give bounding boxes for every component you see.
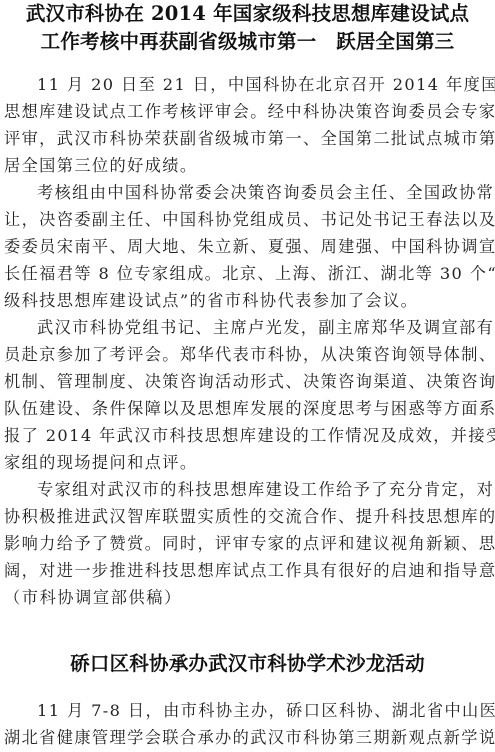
article-title-line-1: 武汉市科协在 2014 年国家级科技思想库建设试点 (0, 0, 495, 28)
body-line: 11 月 20 日至 21 日，中国科协在北京召开 2014 年度国家级科技 (4, 71, 492, 98)
second-article-title-text: 硚口区科协承办武汉市科协学术沙龙活动 (0, 650, 495, 678)
document-page: 武汉市科协在 2014 年国家级科技思想库建设试点 工作考核中再获副省级城市第一… (0, 0, 495, 752)
body-line: 武汉市科协党组书记、主席卢光发，副主席郑华及调宣部有关人 (4, 314, 492, 341)
body-line: 协积极推进武汉智库联盟实质性的交流合作、提升科技思想库的社会 (4, 503, 492, 530)
second-article-title: 硚口区科协承办武汉市科协学术沙龙活动 (0, 650, 495, 678)
body-line: 专家组对武汉市的科技思想库建设工作给予了充分肯定，对市科 (4, 476, 492, 503)
article-title-line-2: 工作考核中再获副省级城市第一 跃居全国第三 (0, 28, 495, 56)
body-line: 机制、管理制度、决策咨询活动形式、决策咨询渠道、决策咨询人才 (4, 368, 492, 395)
body-line: 湖北省健康管理学会联合承办的武汉市科协第三期新观点新学说学 (4, 724, 492, 751)
body-line: 级科技思想库建设试点”的省市科协代表参加了会议。 (4, 287, 492, 314)
body-line: 11 月 7-8 日，由市科协主办，硚口区科协、湖北省中山医院、 (4, 697, 492, 724)
article-credit: （市科协调宣部供稿） (4, 584, 492, 611)
article-body: 11 月 20 日至 21 日，中国科协在北京召开 2014 年度国家级科技 思… (4, 71, 492, 611)
body-line: 考核组由中国科协常委会决策咨询委员会主任、全国政协常委齐 (4, 179, 492, 206)
article-title: 武汉市科协在 2014 年国家级科技思想库建设试点 工作考核中再获副省级城市第一… (0, 0, 495, 56)
body-line: 员赴京参加了考评会。郑华代表市科协，从决策咨询领导体制、工作 (4, 341, 492, 368)
body-line: 阔，对进一步推进科技思想库试点工作具有很好的启迪和指导意义。 (4, 557, 492, 584)
body-line: 委委员宋南平、周大地、朱立新、夏强、周建强、中国科协调宣部部 (4, 233, 492, 260)
body-line: 居全国第三位的好成绩。 (4, 152, 492, 179)
second-article-body: 11 月 7-8 日，由市科协主办，硚口区科协、湖北省中山医院、 湖北省健康管理… (4, 697, 492, 751)
body-line: 队伍建设、条件保障以及思想库发展的深度思考与困惑等方面系统汇 (4, 395, 492, 422)
body-line: 长任福君等 8 位专家组成。北京、上海、浙江、湖北等 30 个“国家 (4, 260, 492, 287)
body-line: 影响力给予了赞赏。同时，评审专家的点评和建议视角新颖、思路开 (4, 530, 492, 557)
body-line: 家组的现场提问和点评。 (4, 449, 492, 476)
body-line: 让，决咨委副主任、中国科协党组成员、书记处书记王春法以及决咨 (4, 206, 492, 233)
body-line: 报了 2014 年武汉市科技思想库建设的工作情况及成效，并接受了专 (4, 422, 492, 449)
body-line: 思想库建设试点工作考核评审会。经中科协决策咨询委员会专家综合 (4, 98, 492, 125)
body-line: 评审，武汉市科协荣获副省级城市第一、全国第二批试点城市第二名， (4, 125, 492, 152)
